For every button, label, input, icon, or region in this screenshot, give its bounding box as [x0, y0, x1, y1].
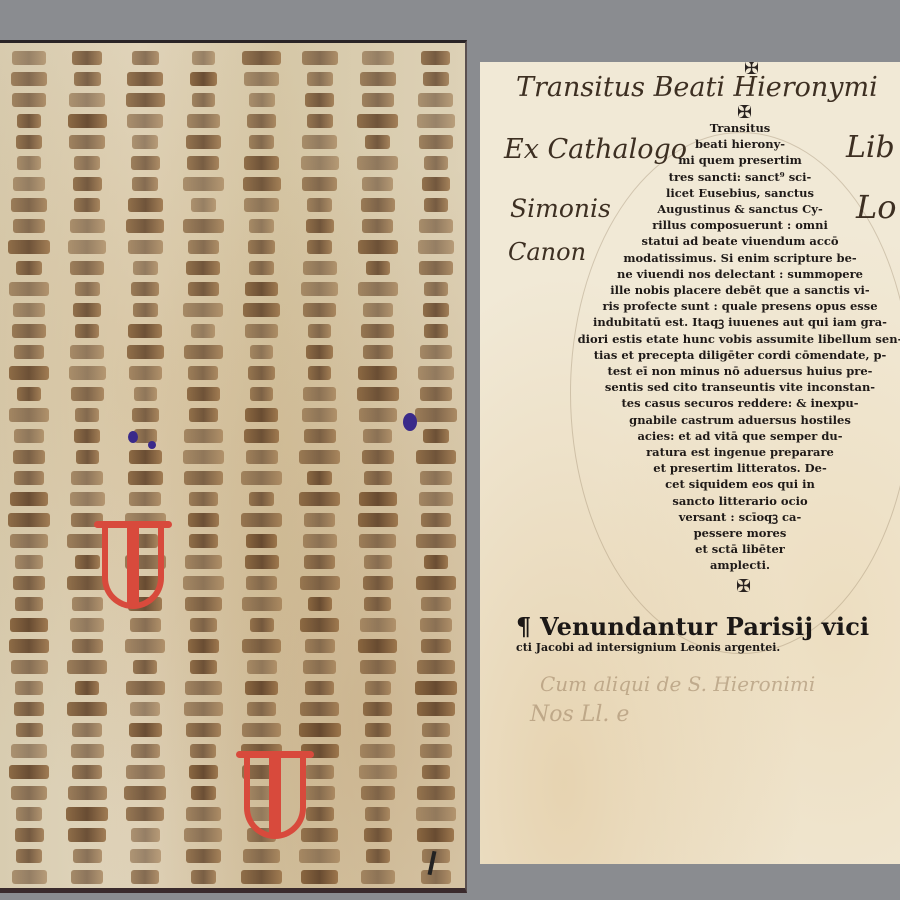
printed-line: ratura est ingenue preparare — [560, 444, 900, 460]
script-column — [66, 43, 108, 888]
printed-line: sentis sed cito transeuntis vite inconst… — [560, 379, 900, 395]
printed-line: ne viuendi nos delectant : summopere — [560, 266, 900, 282]
printed-line: statui ad beate viuendum accō — [560, 233, 900, 249]
printed-text-block: Transitusbeati hierony-mi quem presertim… — [560, 120, 900, 574]
script-column — [182, 43, 224, 888]
handwritten-title: Transitus Beati Hieronymi — [516, 72, 878, 103]
printed-line: sancto litterario ocio — [560, 493, 900, 509]
ink-blot — [148, 441, 156, 449]
red-initial-t-upper — [102, 521, 164, 609]
printed-line: indubitatū est. Itaqꝫ iuuenes aut qui ia… — [560, 314, 900, 330]
printed-line: gnabile castrum aduersus hostiles — [560, 412, 900, 428]
printed-line: Augustinus & sanctus Cy- — [560, 201, 900, 217]
printed-line: rillus composuerunt : omni — [560, 217, 900, 233]
faded-inscription-2: Nos Ll. e — [530, 702, 629, 727]
printed-line: pessere mores — [560, 525, 900, 541]
printed-line: diori estis etate hunc vobis assumite li… — [560, 331, 900, 347]
printed-line: et presertim litteratos. De- — [560, 460, 900, 476]
printed-line: et sctā libēter — [560, 541, 900, 557]
printed-line: mi quem presertim — [560, 152, 900, 168]
printed-line: tres sancti: sanct⁹ sci- — [560, 169, 900, 185]
colophon-line-1: ¶ Venundantur Parisij vici — [516, 612, 869, 641]
colophon-line-2: cti Jacobi ad intersignium Leonis argent… — [516, 641, 869, 654]
printed-line: licet Eusebius, sanctus — [560, 185, 900, 201]
printed-line: cet siquidem eos qui in — [560, 476, 900, 492]
printed-line: amplecti. — [560, 557, 900, 573]
printed-line: beati hierony- — [560, 136, 900, 152]
ink-blot — [403, 413, 417, 431]
printed-line: tias et precepta diligēter cordi cōmenda… — [560, 347, 900, 363]
printed-line: modatissimus. Si enim scripture be- — [560, 250, 900, 266]
ink-blot — [128, 431, 138, 443]
script-column — [357, 43, 399, 888]
script-column — [124, 43, 166, 888]
printed-line: ille nobis placere debēt que a sanctis v… — [560, 282, 900, 298]
cross-symbol-lower: ✠ — [736, 576, 751, 597]
printed-line: Transitus — [560, 120, 900, 136]
script-column — [8, 43, 50, 888]
printed-line: ris profecte sunt : quale presens opus e… — [560, 298, 900, 314]
printed-line: versant : scīoqꝫ ca- — [560, 509, 900, 525]
red-initial-t-lower — [244, 751, 306, 839]
printed-line: tes casus securos reddere: & inexpu- — [560, 395, 900, 411]
manuscript-fragment-page — [0, 40, 467, 893]
printed-line: acies: et ad vitā que semper du- — [560, 428, 900, 444]
cross-symbol-top: ✠ — [744, 62, 759, 79]
printed-line: test eī non minus nō aduersus huius pre- — [560, 363, 900, 379]
script-column — [415, 43, 457, 888]
colophon: ¶ Venundantur Parisij vici cti Jacobi ad… — [516, 612, 869, 654]
printed-title-page: Transitus Beati Hieronymi ✠ ✠ Ex Cathalo… — [480, 62, 900, 864]
faded-inscription-1: Cum aliqui de S. Hieronimi — [540, 672, 815, 696]
